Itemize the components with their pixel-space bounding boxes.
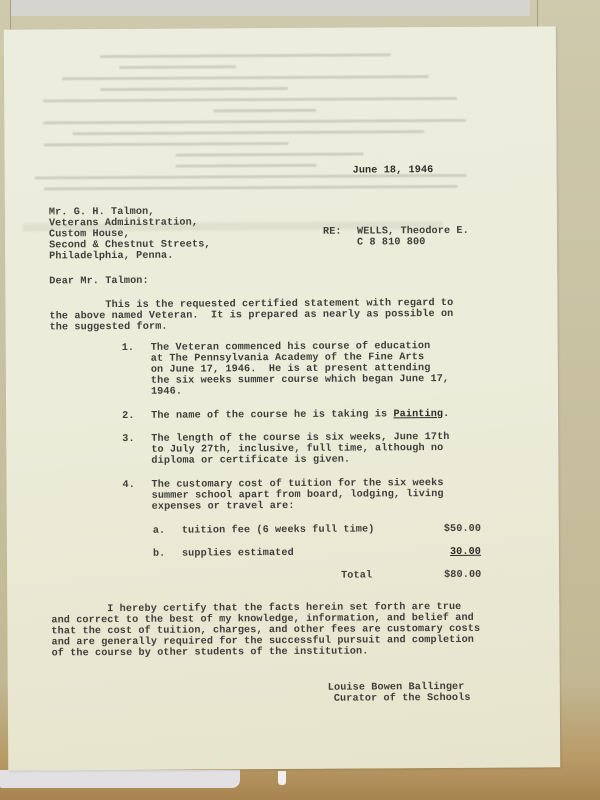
certification-paragraph: I hereby certify that the facts herein s…	[4, 26, 556, 29]
item-2: 2. The name of the course he is taking i…	[4, 26, 556, 29]
cost-amount: $50.00	[444, 524, 481, 536]
folder-edge	[10, 0, 530, 16]
recipient-line: Philadelphia, Penna.	[49, 251, 173, 263]
item-1: 1. The Veteran commenced his course of e…	[4, 26, 556, 29]
paragraph-line: of the course by other students of the i…	[52, 646, 369, 660]
signature-title: Curator of the Schools	[334, 693, 471, 705]
paper-tab	[278, 771, 286, 785]
course-name: Painting	[393, 409, 443, 420]
cost-letter: a.	[153, 526, 166, 538]
item-text: .	[443, 409, 449, 420]
item-line: diploma or certificate is given.	[151, 455, 350, 468]
recipient-address: Mr. G. H. Talmon, Veterans Administratio…	[4, 26, 556, 29]
item-number: 2.	[122, 411, 135, 423]
cost-amount: 30.00	[444, 547, 481, 559]
cost-label: tuition fee (6 weeks full time)	[182, 524, 375, 537]
re-number: C 8 810 800	[357, 237, 425, 249]
paragraph-line: the suggested form.	[50, 322, 168, 334]
item-line: 1946.	[151, 387, 182, 399]
bleed-through-text	[34, 45, 505, 233]
intro-paragraph: This is the requested certified statemen…	[4, 26, 556, 29]
cost-label: supplies estimated	[182, 548, 294, 560]
item-4: 4. The customary cost of tuition for the…	[4, 26, 556, 29]
item-line: summer school apart from board, lodging,…	[152, 489, 444, 502]
signature-block: Louise Bowen Ballinger Curator of the Sc…	[4, 26, 556, 29]
paragraph-line: the above named Veteran. It is prepared …	[49, 309, 453, 323]
item-line: expenses or travel are:	[152, 501, 295, 513]
total-label: Total	[341, 570, 372, 582]
salutation: Dear Mr. Talmon:	[49, 276, 148, 288]
underlying-sheet	[0, 770, 240, 788]
letter-page: June 18, 1946 Mr. G. H. Talmon, Veterans…	[4, 26, 561, 770]
re-label: RE:	[323, 227, 342, 239]
cost-letter: b.	[153, 549, 166, 561]
item-text: The name of the course he is taking is	[151, 409, 393, 421]
item-number: 3.	[122, 434, 135, 446]
item-line: the six weeks summer course which began …	[151, 374, 449, 387]
cost-table: a. tuition fee (6 weeks full time) $50.0…	[4, 26, 556, 29]
reference-block: RE: WELLS, Theodore E. C 8 810 800	[4, 26, 556, 29]
total-amount: $80.00	[444, 570, 481, 582]
item-line: The name of the course he is taking is P…	[151, 409, 449, 422]
letter-date: June 18, 1946	[353, 165, 434, 177]
folder-crease	[10, 0, 11, 30]
item-number: 1.	[122, 343, 135, 355]
item-3: 3. The length of the course is six weeks…	[4, 26, 556, 29]
item-number: 4.	[122, 480, 135, 492]
